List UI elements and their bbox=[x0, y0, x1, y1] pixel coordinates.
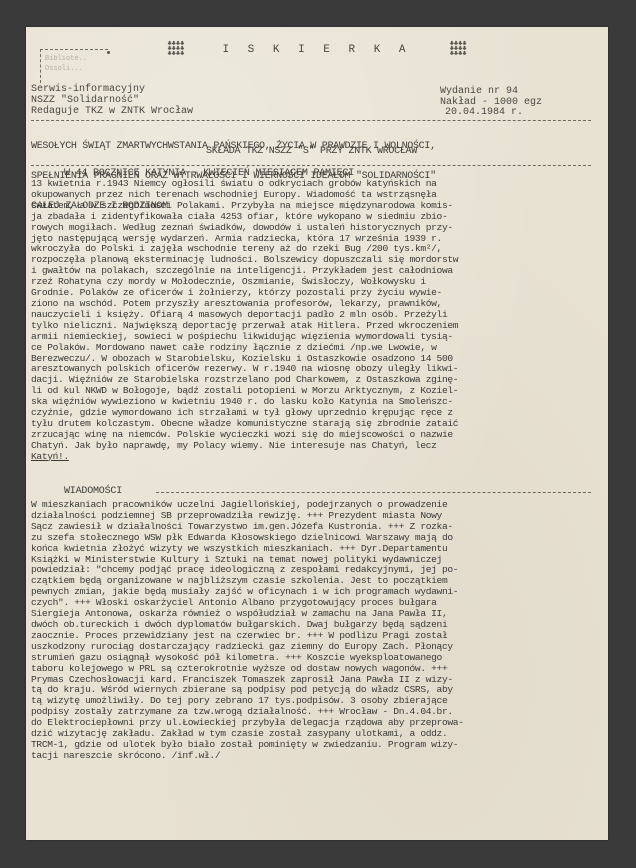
publisher-line: Serwis-informacyjny bbox=[31, 84, 193, 95]
decorative-ornament-left-icon: ♣♣♣♣ ♣♣♣♣ ♣♣♣♣ bbox=[161, 42, 191, 57]
text-line: Chatyń. Jak było naprawdę, my Polacy wie… bbox=[31, 441, 596, 452]
document-page: Bibliote.. Ossoli... ♣♣♣♣ ♣♣♣♣ ♣♣♣♣ I S … bbox=[26, 27, 608, 840]
text-line: ce Polaków. Mordowano nawet całe rodziny… bbox=[31, 343, 596, 354]
katyn-article-body: 13 kwietnia r.1943 Niemcy ogłosili świat… bbox=[31, 179, 596, 463]
text-line: ja zbadała i zidentyfikowała ciała 4253 … bbox=[31, 212, 596, 223]
publisher-info: Serwis-informacyjny NSZZ "Solidarność" R… bbox=[31, 84, 193, 117]
news-heading: WIADOMOŚCI bbox=[64, 486, 122, 497]
news-article-body: W mieszkaniach pracowników uczelni Jagie… bbox=[31, 500, 596, 762]
text-line: armii niemieckiej, sowieci w pośpiechu l… bbox=[31, 332, 596, 343]
divider bbox=[156, 492, 591, 493]
masthead: ♣♣♣♣ ♣♣♣♣ ♣♣♣♣ I S K I E R K A ♣♣♣♣ ♣♣♣♣… bbox=[26, 41, 608, 59]
greeting-signature: SKŁADA TKZ NSZZ "S" PRZY ZNTK WROCŁAW bbox=[206, 147, 417, 157]
text-line: taboru kolejowego w PRL są czterokrotnie… bbox=[31, 664, 596, 675]
publisher-line: NSZZ "Solidarność" bbox=[31, 95, 193, 106]
publisher-line: Redaguje TKZ w ZNTK Wrocław bbox=[31, 106, 193, 117]
issue-date: 20.04.1984 r. bbox=[440, 108, 542, 119]
text-line: tacji nareszcie skrócono. /inf.wł./ bbox=[31, 751, 596, 762]
edition-number: Wydanie nr 94 bbox=[440, 87, 542, 98]
newsletter-title: I S K I E R K A bbox=[222, 44, 411, 56]
text-line: zu szefa stołecznego WSW płk Edwarda Kło… bbox=[31, 533, 596, 544]
edition-info: Wydanie nr 94 Nakład - 1000 egz 20.04.19… bbox=[440, 87, 542, 119]
text-line: Katyń!. bbox=[31, 452, 596, 463]
divider bbox=[31, 165, 591, 166]
text-line: końca kwietnia złożyć wizyty we wszystki… bbox=[31, 544, 596, 555]
decorative-ornament-right-icon: ♣♣♣♣ ♣♣♣♣ ♣♣♣♣ bbox=[443, 42, 473, 57]
divider bbox=[31, 120, 591, 121]
text-line: strumień gazu osiągnął wysokość pół kilo… bbox=[31, 653, 596, 664]
stamp-line-2: Ossoli... bbox=[45, 64, 108, 74]
text-line: rowych mogiłach. Według zeznań świadków,… bbox=[31, 223, 596, 234]
